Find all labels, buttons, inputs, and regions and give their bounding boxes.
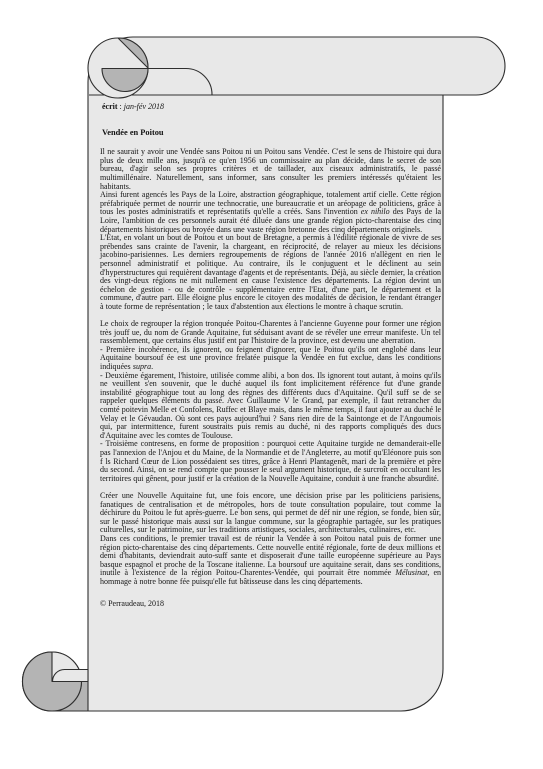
- paragraph-run: - Troisième contresens, en forme de prop…: [100, 439, 441, 482]
- paragraph-run: - Deuxième égarement, l'histoire, utilis…: [100, 371, 441, 440]
- paragraph-run-italic: Mélusinat: [395, 568, 427, 577]
- article-paragraphs: Il ne saurait y avoir une Vendée sans Po…: [100, 148, 441, 586]
- paragraph-run: Le choix de regrouper la région tronquée…: [100, 319, 441, 345]
- article-title: Vendée en Poitou: [102, 129, 441, 138]
- page: { "colors": { "paper": "#e8e8e8", "roll_…: [0, 0, 543, 769]
- paragraph: Ainsi furent agencés les Pays de la Loir…: [100, 191, 441, 234]
- bottom-curl-tongue: [53, 670, 89, 682]
- paragraph: Le choix de regrouper la région tronquée…: [100, 320, 441, 346]
- paragraph-run: L'Etat, en volant un bout de Poitou et u…: [100, 233, 441, 311]
- paragraph: L'Etat, en volant un bout de Poitou et u…: [100, 234, 441, 311]
- paragraph: Dans ces conditions, le premier travail …: [100, 535, 441, 587]
- paragraph: Créer une Nouvelle Aquitaine fut, une fo…: [100, 492, 441, 535]
- written-date-line: écrit : jan-fév 2018: [102, 103, 441, 112]
- paragraph: - Troisième contresens, en forme de prop…: [100, 440, 441, 483]
- signature: © Perraudeau, 2018: [100, 600, 441, 609]
- paragraph-run: Créer une Nouvelle Aquitaine fut, une fo…: [100, 491, 441, 534]
- paragraph: - Deuxième égarement, l'histoire, utilis…: [100, 372, 441, 441]
- paragraph-run: Il ne saurait y avoir une Vendée sans Po…: [100, 147, 441, 190]
- paragraph: - Première incohérence, ils ignorent, ou…: [100, 346, 441, 372]
- paragraph-run: Dans ces conditions, le premier travail …: [100, 534, 441, 577]
- paragraph: Il ne saurait y avoir une Vendée sans Po…: [100, 148, 441, 191]
- document-body: écrit : jan-fév 2018 Vendée en Poitou Il…: [100, 103, 441, 617]
- written-date: jan-fév 2018: [124, 102, 164, 111]
- written-label: écrit: [102, 102, 118, 111]
